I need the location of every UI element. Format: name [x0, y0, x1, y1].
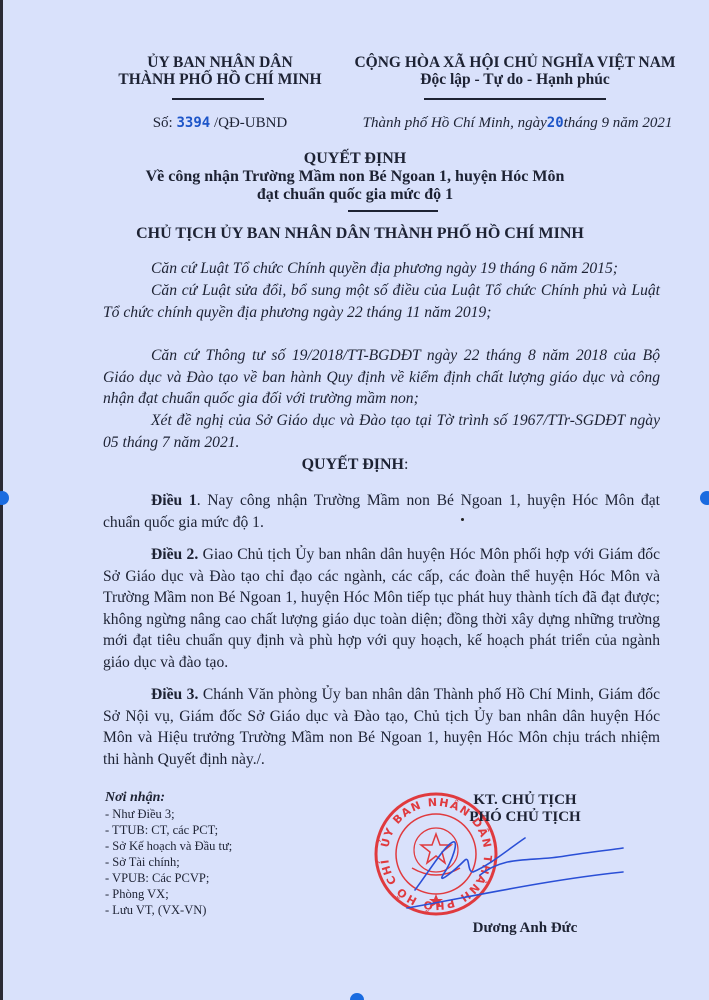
signature-title: KT. CHỦ TỊCH PHÓ CHỦ TỊCH [430, 792, 620, 826]
article-1-label: Điều 1 [151, 492, 197, 509]
recipient-item: - Sở Tài chính; [105, 854, 232, 870]
national-motto: CỘNG HÒA XÃ HỘI CHỦ NGHĨA VIỆT NAM Độc l… [345, 54, 685, 88]
article-2: Điều 2. Giao Chủ tịch Ủy ban nhân dân hu… [103, 544, 660, 673]
title-subject-2: đạt chuẩn quốc gia mức độ 1 [80, 186, 630, 204]
legal-basis-1: Căn cứ Luật Tổ chức Chính quyền địa phươ… [103, 258, 660, 280]
date-suffix: tháng 9 năm 2021 [564, 115, 673, 131]
recipient-item: - Phòng VX; [105, 886, 232, 902]
article-1-sep: . [197, 492, 208, 509]
legal-basis-3: Căn cứ Thông tư số 19/2018/TT-BGDĐT ngày… [103, 345, 660, 410]
decision-heading-text: QUYẾT ĐỊNH [302, 456, 404, 473]
recipient-item: - Như Điều 3; [105, 806, 232, 822]
number-suffix: /QĐ-UBND [210, 115, 287, 131]
legal-basis-4: Xét đề nghị của Sở Giáo dục và Đào tạo t… [103, 410, 660, 453]
recipient-item: - Sở Kế hoạch và Đầu tư; [105, 838, 232, 854]
document-number: Số: 3394 /QĐ-UBND [95, 115, 345, 132]
signature-line-2: PHÓ CHỦ TỊCH [430, 809, 620, 826]
title-subject-1: Về công nhận Trường Mầm non Bé Ngoan 1, … [80, 168, 630, 186]
title-heading: QUYẾT ĐỊNH [80, 150, 630, 168]
agency-underline [172, 98, 264, 100]
stray-dot [461, 518, 464, 521]
resize-handle-left[interactable] [0, 491, 9, 505]
number-prefix: Số: [153, 115, 177, 131]
authority-heading: CHỦ TỊCH ỦY BAN NHÂN DÂN THÀNH PHỐ HỒ CH… [80, 225, 640, 243]
signature-line-1: KT. CHỦ TỊCH [430, 792, 620, 809]
article-3-label: Điều 3. [151, 686, 198, 703]
document-title: QUYẾT ĐỊNH Về công nhận Trường Mầm non B… [80, 150, 630, 204]
recipients-heading: Nơi nhận: [105, 790, 232, 806]
handwritten-signature-icon [395, 830, 625, 910]
signer-name: Dương Anh Đức [445, 920, 605, 937]
article-2-text: Giao Chủ tịch Ủy ban nhân dân huyện Hóc … [103, 546, 660, 671]
agency-line-2: THÀNH PHỐ HỒ CHÍ MINH [95, 71, 345, 88]
country-name: CỘNG HÒA XÃ HỘI CHỦ NGHĨA VIỆT NAM [345, 54, 685, 71]
recipient-item: - TTUB: CT, các PCT; [105, 822, 232, 838]
date-prefix: Thành phố Hồ Chí Minh, ngày [363, 115, 547, 131]
title-underline [348, 210, 438, 212]
issuing-agency: ỦY BAN NHÂN DÂN THÀNH PHỐ HỒ CHÍ MINH [95, 54, 345, 88]
article-1: Điều 1. Nay công nhận Trường Mầm non Bé … [103, 490, 660, 533]
resize-handle-right[interactable] [700, 491, 709, 505]
article-3: Điều 3. Chánh Văn phòng Ủy ban nhân dân … [103, 684, 660, 770]
article-2-label: Điều 2. [151, 546, 198, 563]
handwritten-number: 3394 [176, 115, 210, 131]
resize-handle-bottom[interactable] [350, 993, 364, 1000]
recipients-list: Nơi nhận: - Như Điều 3; - TTUB: CT, các … [105, 790, 232, 918]
agency-line-1: ỦY BAN NHÂN DÂN [95, 54, 345, 71]
recipient-item: - VPUB: Các PCVP; [105, 870, 232, 886]
recipient-item: - Lưu VT, (VX-VN) [105, 902, 232, 918]
motto-underline [424, 98, 606, 100]
legal-basis-2: Căn cứ Luật sửa đổi, bổ sung một số điều… [103, 280, 660, 323]
handwritten-day: 20 [547, 115, 564, 131]
motto: Độc lập - Tự do - Hạnh phúc [345, 71, 685, 88]
issue-date: Thành phố Hồ Chí Minh, ngày20tháng 9 năm… [350, 115, 685, 132]
decision-colon: : [404, 456, 408, 473]
decision-heading: QUYẾT ĐỊNH: [80, 456, 630, 474]
